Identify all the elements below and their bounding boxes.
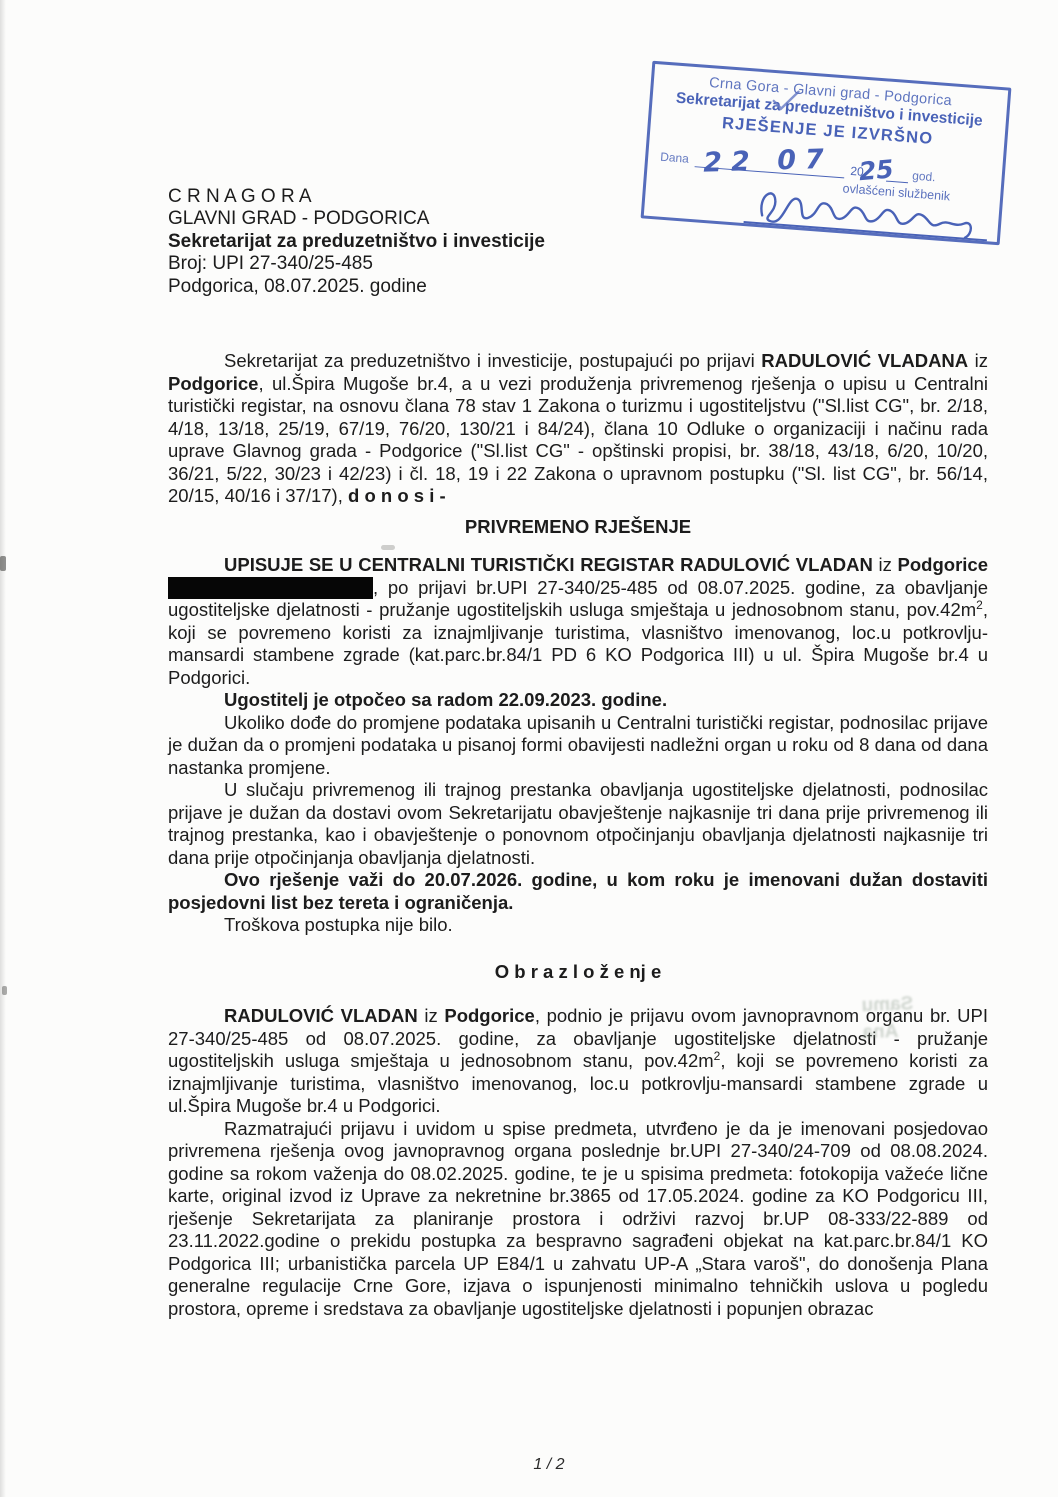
text-segment: iz <box>873 554 898 575</box>
paragraph: Sekretarijat za preduzetništvo i investi… <box>168 350 988 508</box>
text-segment: RADULOVIĆ VLADAN <box>224 1005 418 1026</box>
text-segment: Podgorice <box>898 554 988 575</box>
section-heading: O b r a z l o ž e nj e <box>168 961 988 984</box>
text-segment: Ugostitelj je otpočeo sa radom 22.09.202… <box>224 689 667 710</box>
text-segment: 2 <box>976 598 983 612</box>
text-segment: , ul.Špira Mugoše br.4, a u vezi produže… <box>168 373 988 507</box>
text-segment: Podgorice <box>444 1005 534 1026</box>
text-segment: Razmatrajući prijavu i uvidom u spise pr… <box>168 1118 988 1319</box>
executory-stamp: Crna Gora - Glavni grad - Podgorica Sekr… <box>641 61 1012 246</box>
header-department: Sekretarijat za preduzetništvo i investi… <box>168 231 545 253</box>
paragraph: UPISUJE SE U CENTRALNI TURISTIČKI REGIST… <box>168 554 988 689</box>
paragraph: Troškova postupka nije bilo. <box>168 914 988 937</box>
text-segment: UPISUJE SE U CENTRALNI TURISTIČKI REGIST… <box>224 554 873 575</box>
text-segment: RADULOVIĆ VLADANA <box>761 350 968 371</box>
paragraph: U slučaju privremenog ili trajnog presta… <box>168 779 988 869</box>
header-case-number: Broj: UPI 27-340/25-485 <box>168 253 545 275</box>
text-segment: Ovo rješenje važi do 20.07.2026. godine,… <box>168 869 988 913</box>
header-place-date: Podgorica, 08.07.2025. godine <box>168 276 545 298</box>
redacted-text <box>168 577 373 599</box>
paragraph: Razmatrajući prijavu i uvidom u spise pr… <box>168 1118 988 1321</box>
text-segment: d o n o s i - <box>348 485 446 506</box>
document-header: C R N A G O R A GLAVNI GRAD - PODGORICA … <box>168 186 545 298</box>
document-body: Sekretarijat za preduzetništvo i investi… <box>168 350 988 1320</box>
bleed-through-line: Ana <box>862 1015 993 1047</box>
page-number: 1 / 2 <box>20 1456 1058 1474</box>
header-country: C R N A G O R A <box>168 186 545 208</box>
text-segment: Ukoliko dođe do promjene podataka upisan… <box>168 712 988 778</box>
scanned-document-page: Crna Gora - Glavni grad - Podgorica Sekr… <box>0 0 1058 1497</box>
stamp-year-suffix: god. <box>912 169 936 186</box>
header-city: GLAVNI GRAD - PODGORICA <box>168 208 545 230</box>
stamp-date-label: Dana <box>660 150 690 167</box>
section-heading: PRIVREMENO RJEŠENJE <box>168 516 988 539</box>
text-segment: U slučaju privremenog ili trajnog presta… <box>168 779 988 868</box>
text-segment: Troškova postupka nije bilo. <box>224 914 453 935</box>
stamp-year-area: 20 25 <box>850 164 887 182</box>
paragraph: Ukoliko dođe do promjene podataka upisan… <box>168 712 988 780</box>
text-segment: Sekretarijat za preduzetništvo i investi… <box>224 350 761 371</box>
text-segment: Podgorice <box>168 373 258 394</box>
scan-speck <box>0 556 6 571</box>
scan-speck <box>2 986 7 995</box>
bleed-through-text: Samu Ana <box>861 988 993 1047</box>
scan-speck <box>381 545 395 550</box>
text-segment: iz <box>968 350 988 371</box>
paragraph: Ugostitelj je otpočeo sa radom 22.09.202… <box>168 689 988 712</box>
paragraph: Ovo rješenje važi do 20.07.2026. godine,… <box>168 869 988 914</box>
text-segment: iz <box>418 1005 445 1026</box>
